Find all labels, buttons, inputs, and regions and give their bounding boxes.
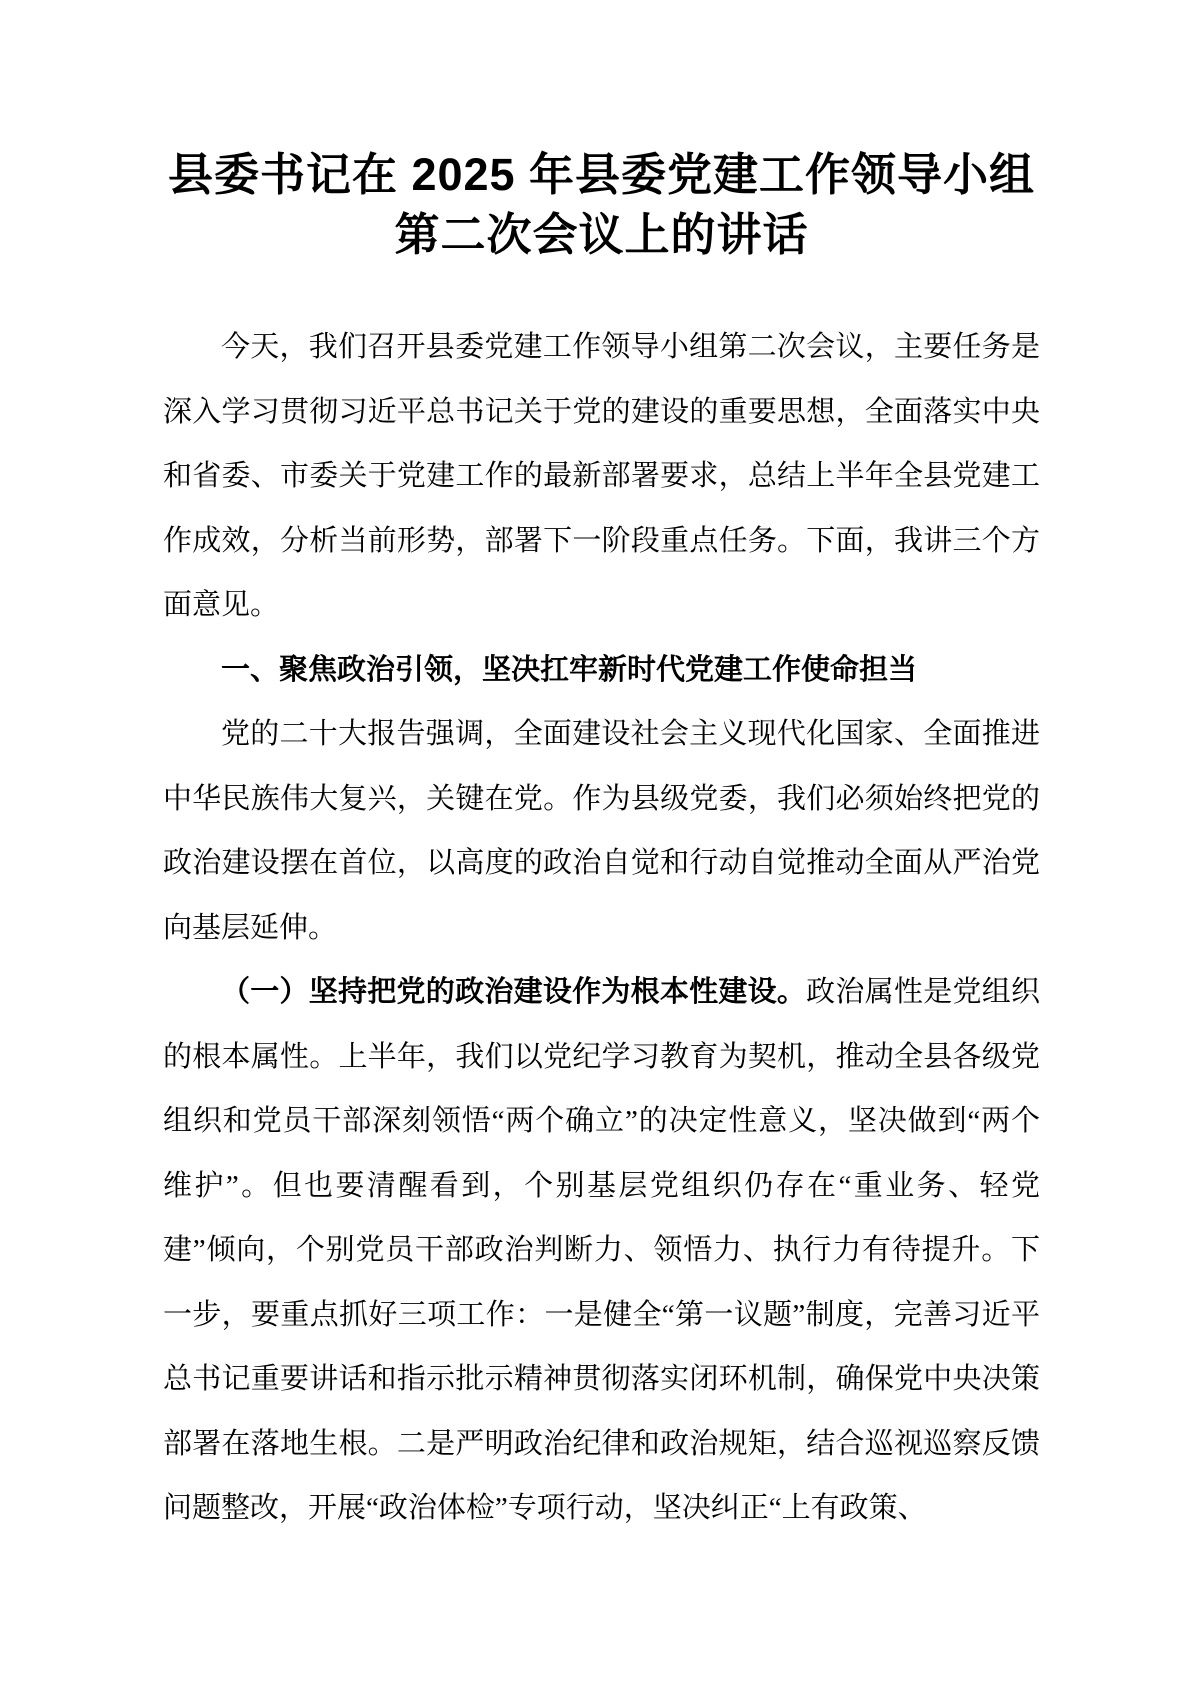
document-page: 县委书记在 2025 年县委党建工作领导小组 第二次会议上的讲话 今天，我们召开… (0, 0, 1190, 1683)
subsection-1-text: 政治属性是党组织的根本属性。上半年，我们以党纪学习教育为契机，推动全县各级党组织… (163, 976, 1040, 1524)
subsection-1-heading: （一）坚持把党的政治建设作为根本性建设。 (221, 976, 806, 1008)
section-heading-1: 一、聚焦政治引领，坚决扛牢新时代党建工作使命担当 (163, 638, 1040, 703)
paragraph-subsection-1: （一）坚持把党的政治建设作为根本性建设。政治属性是党组织的根本属性。上半年，我们… (163, 960, 1040, 1541)
paragraph-section1-intro: 党的二十大报告强调，全面建设社会主义现代化国家、全面推进中华民族伟大复兴，关键在… (163, 702, 1040, 960)
document-title-line1: 县委书记在 2025 年县委党建工作领导小组 (168, 149, 1035, 200)
paragraph-intro: 今天，我们召开县委党建工作领导小组第二次会议，主要任务是深入学习贯彻习近平总书记… (163, 315, 1040, 638)
document-body: 今天，我们召开县委党建工作领导小组第二次会议，主要任务是深入学习贯彻习近平总书记… (163, 315, 1040, 1541)
document-title: 县委书记在 2025 年县委党建工作领导小组 第二次会议上的讲话 (163, 145, 1040, 265)
document-title-line2: 第二次会议上的讲话 (394, 209, 808, 260)
